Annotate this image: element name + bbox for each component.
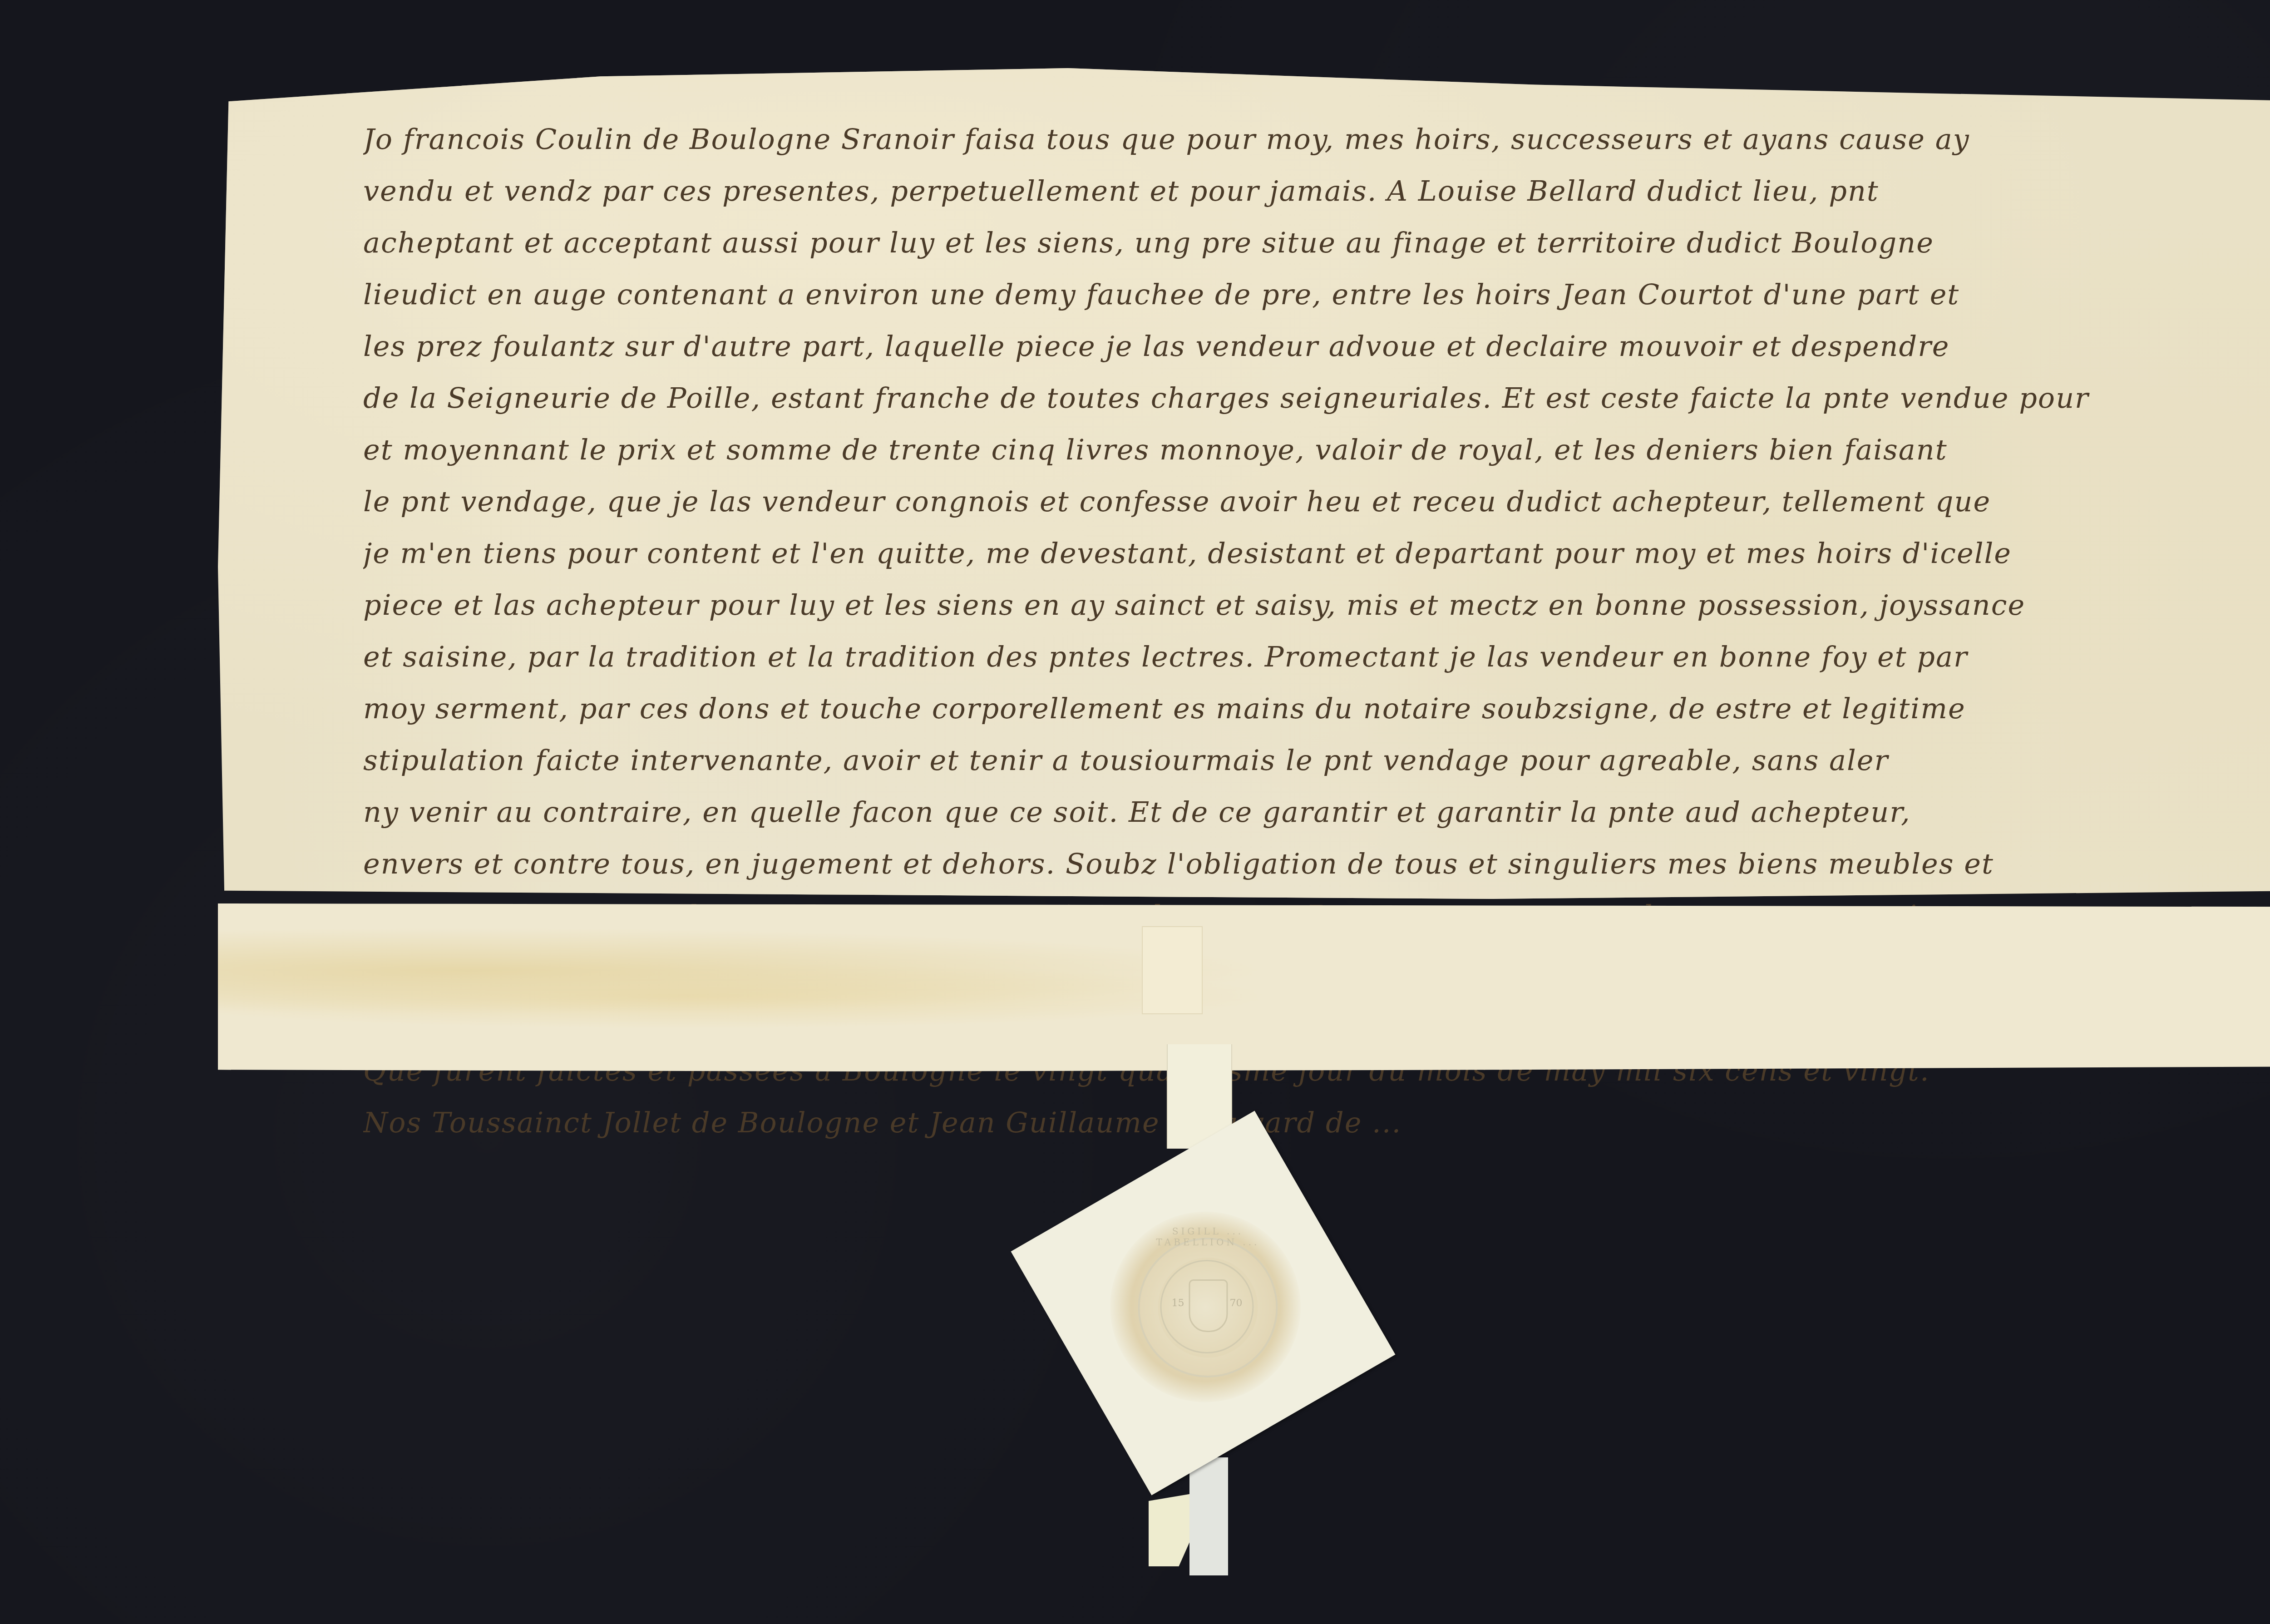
seal-assembly: SIGILL ... TABELLION ... 15 70 (1003, 1108, 1412, 1516)
text-line: ny venir au contraire, en quelle facon q… (363, 786, 2270, 838)
seal-inner-ring: 15 70 (1160, 1260, 1253, 1353)
text-line: stipulation faicte intervenante, avoir e… (363, 735, 2270, 786)
text-line: le pnt vendage, que je las vendeur congn… (363, 476, 2270, 528)
seal-emboss-ring: SIGILL ... TABELLION ... 15 70 (1138, 1238, 1278, 1377)
text-line: moy serment, par ces dons et touche corp… (363, 683, 2270, 735)
seal-year-right: 70 (1229, 1298, 1242, 1309)
text-line: et saisine, par la tradition et la tradi… (363, 631, 2270, 683)
seal-year-left: 15 (1171, 1298, 1184, 1309)
text-line: vendu et vendz par ces presentes, perpet… (363, 165, 2270, 217)
text-line: je m'en tiens pour content et l'en quitt… (363, 528, 2270, 579)
text-line: de la Seigneurie de Poille, estant franc… (363, 372, 2270, 424)
seal-legend-text: SIGILL ... TABELLION ... (1140, 1226, 1276, 1248)
seal-paper-card: SIGILL ... TABELLION ... 15 70 (1011, 1111, 1396, 1496)
shield-icon (1189, 1279, 1228, 1332)
text-line: piece et las achepteur pour luy et les s… (363, 579, 2270, 631)
parchment-fold-plica (218, 903, 2270, 1071)
text-line: envers et contre tous, en jugement et de… (363, 838, 2270, 890)
text-line: acheptant et acceptant aussi pour luy et… (363, 217, 2270, 269)
text-line: les prez foulantz sur d'autre part, laqu… (363, 321, 2270, 372)
text-line: et moyennant le prix et somme de trente … (363, 424, 2270, 476)
text-line: lieudict en auge contenant a environ une… (363, 269, 2270, 321)
seal-tag-slot (1142, 926, 1203, 1014)
text-line: Jo francois Coulin de Boulogne Sranoir f… (363, 114, 2270, 165)
